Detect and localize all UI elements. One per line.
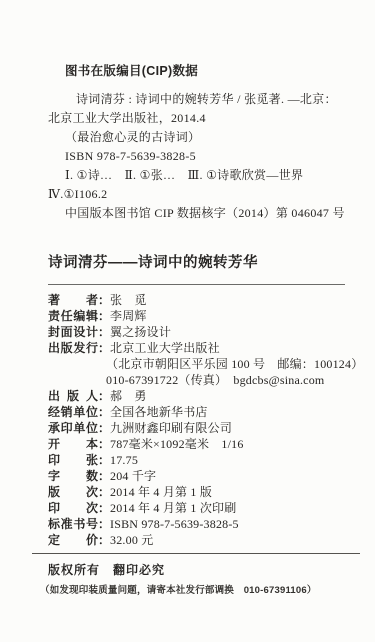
- footer-divider: [32, 553, 360, 554]
- row-label: 经销单位: [48, 404, 98, 420]
- book-title: 诗词清芬——诗词中的婉转芳华: [48, 253, 345, 273]
- row-colon: ：: [98, 325, 110, 339]
- cip-classification-line: Ⅳ.①I106.2: [48, 185, 345, 204]
- row-value: 17.75: [110, 453, 138, 467]
- row-value: 2014 年 4 月第 1 版: [110, 485, 212, 499]
- row-colon: ：: [98, 501, 110, 515]
- row-label: 版次: [48, 484, 98, 500]
- row-colon: ：: [98, 437, 110, 451]
- cip-entry-line1: 诗词清芬 : 诗词中的婉转芳华 / 张觅著. —北京：: [76, 92, 337, 106]
- row-colon: ：: [98, 293, 110, 307]
- row-colon: ：: [98, 469, 110, 483]
- row-colon: ：: [98, 533, 110, 547]
- cip-series-note: （最治愈心灵的古诗词）: [48, 128, 345, 147]
- colophon-row-author: 著者：张 觅: [48, 292, 345, 308]
- copyright-page: 图书在版编目(CIP)数据 诗词清芬 : 诗词中的婉转芳华 / 张觅著. —北京…: [0, 0, 375, 642]
- row-label: 出版人: [48, 388, 98, 404]
- cip-entry: 诗词清芬 : 诗词中的婉转芳华 / 张觅著. —北京：北京工业大学出版社，201…: [48, 90, 345, 128]
- colophon-row-sheets: 印张：17.75: [48, 452, 345, 468]
- quality-note: （如发现印装质量问题，请寄本社发行部调换 010-67391106）: [40, 582, 345, 596]
- cip-entry-line2: 北京工业大学出版社，2014.4: [48, 111, 206, 125]
- row-colon: ：: [98, 389, 110, 403]
- colophon-row-publisher-contact: 010-67391722（传真） bgdcbs@sina.com: [48, 372, 345, 388]
- row-label: 印张: [48, 452, 98, 468]
- colophon-row-price: 定价：32.00 元: [48, 532, 345, 548]
- row-value: 九洲财鑫印刷有限公司: [110, 421, 232, 435]
- cip-registry-line: 中国版本图书馆 CIP 数据核字（2014）第 046047 号: [48, 204, 345, 223]
- row-value: 32.00 元: [110, 533, 153, 547]
- colophon-row-edition: 版次：2014 年 4 月第 1 版: [48, 484, 345, 500]
- row-colon: ：: [98, 517, 110, 531]
- row-label: 标准书号: [48, 516, 98, 532]
- row-value: 010-67391722（传真） bgdcbs@sina.com: [106, 373, 324, 387]
- colophon-row-cover-design: 封面设计：翼之扬设计: [48, 324, 345, 340]
- row-colon: ：: [98, 341, 110, 355]
- row-colon: ：: [98, 405, 110, 419]
- row-value: ISBN 978-7-5639-3828-5: [110, 517, 239, 531]
- row-label: 出版发行: [48, 340, 98, 356]
- colophon-row-printer: 承印单位：九洲财鑫印刷有限公司: [48, 420, 345, 436]
- row-label: 封面设计: [48, 324, 98, 340]
- colophon-row-publisher: 出版发行：北京工业大学出版社: [48, 340, 345, 356]
- row-label: 承印单位: [48, 420, 98, 436]
- row-colon: ：: [98, 485, 110, 499]
- colophon-row-isbn: 标准书号：ISBN 978-7-5639-3828-5: [48, 516, 345, 532]
- row-value: 北京工业大学出版社: [110, 341, 220, 355]
- row-label: 开本: [48, 436, 98, 452]
- colophon-row-publisher-address: （北京市朝阳区平乐园 100 号 邮编：100124）: [48, 356, 345, 372]
- colophon-row-editor: 责任编辑：李周辉: [48, 308, 345, 324]
- row-value: 2014 年 4 月第 1 次印刷: [110, 501, 236, 515]
- row-value: （北京市朝阳区平乐园 100 号 邮编：100124）: [106, 357, 363, 371]
- colophon-row-impression: 印次：2014 年 4 月第 1 次印刷: [48, 500, 345, 516]
- row-value: 郝 勇: [110, 389, 147, 403]
- colophon-row-issuer: 出版人：郝 勇: [48, 388, 345, 404]
- copyright-notice: 版权所有 翻印必究: [48, 561, 345, 578]
- row-value: 李周辉: [110, 309, 147, 323]
- colophon-section: 诗词清芬——诗词中的婉转芳华 著者：张 觅 责任编辑：李周辉 封面设计：翼之扬设…: [48, 253, 345, 548]
- row-value: 张 觅: [110, 293, 147, 307]
- row-colon: ：: [98, 421, 110, 435]
- cip-isbn-line: ISBN 978-7-5639-3828-5: [48, 147, 345, 166]
- colophon-row-wordcount: 字数：204 千字: [48, 468, 345, 484]
- title-divider: [48, 284, 345, 285]
- row-label: 定价: [48, 532, 98, 548]
- colophon-list: 著者：张 觅 责任编辑：李周辉 封面设计：翼之扬设计 出版发行：北京工业大学出版…: [48, 292, 345, 548]
- row-value: 787毫米×1092毫米 1/16: [110, 437, 244, 451]
- colophon-row-format: 开本：787毫米×1092毫米 1/16: [48, 436, 345, 452]
- row-label: 印次: [48, 500, 98, 516]
- row-colon: ：: [98, 309, 110, 323]
- cip-section: 图书在版编目(CIP)数据 诗词清芬 : 诗词中的婉转芳华 / 张觅著. —北京…: [48, 62, 345, 223]
- row-colon: ：: [98, 453, 110, 467]
- footer-section: 版权所有 翻印必究 （如发现印装质量问题，请寄本社发行部调换 010-67391…: [48, 553, 345, 596]
- cip-subjects-line: Ⅰ. ①诗… Ⅱ. ①张… Ⅲ. ①诗歌欣赏—世界: [48, 166, 345, 185]
- row-value: 全国各地新华书店: [110, 405, 208, 419]
- row-label: 著者: [48, 292, 98, 308]
- row-label: 责任编辑: [48, 308, 98, 324]
- cip-heading: 图书在版编目(CIP)数据: [48, 62, 345, 81]
- colophon-row-distributor: 经销单位：全国各地新华书店: [48, 404, 345, 420]
- row-value: 204 千字: [110, 469, 156, 483]
- row-value: 翼之扬设计: [110, 325, 171, 339]
- row-label: 字数: [48, 468, 98, 484]
